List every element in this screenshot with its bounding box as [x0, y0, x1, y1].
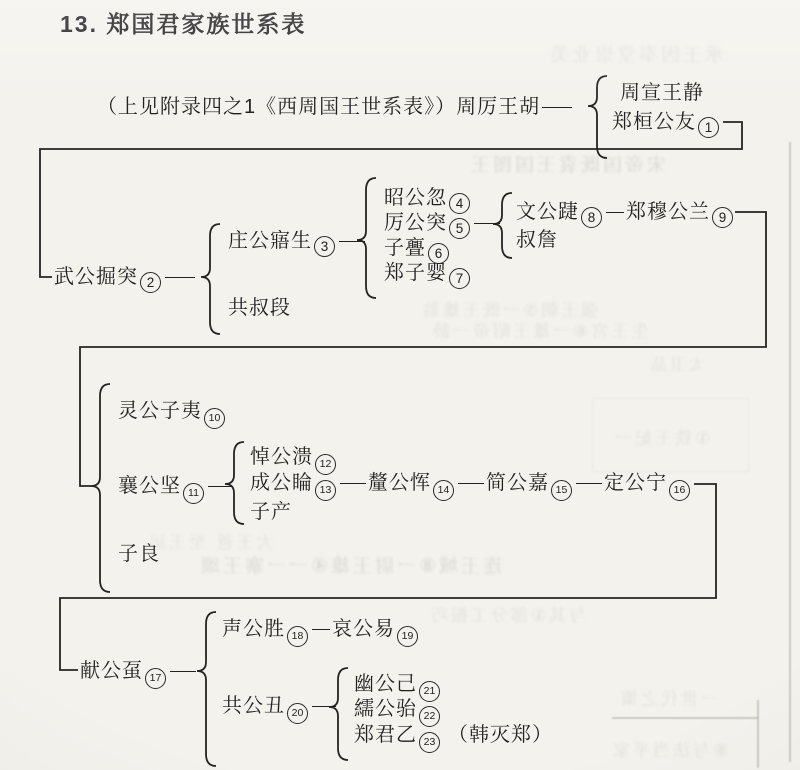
ruler-name: 繻公骀	[354, 696, 417, 722]
node-chenggong-line: 成公睔13釐公恽14简公嘉15定公宁16	[250, 470, 692, 496]
ruler-name: 厉公突	[384, 210, 447, 236]
reign-number-badge: 20	[287, 703, 308, 724]
node-rugong: 繻公骀22	[354, 696, 442, 722]
ruler-name: 周宣王静	[620, 80, 704, 106]
ruler-name: 子亹	[384, 235, 426, 261]
node-ziwei: 子亹6	[384, 235, 451, 261]
ruler-name: 叔詹	[516, 227, 558, 253]
ruler-name: 昭公忽	[384, 185, 447, 211]
ruler-name: 郑穆公兰	[626, 199, 710, 225]
connector-ding-to-xian	[60, 484, 716, 670]
ruler-name: 悼公溃	[250, 444, 313, 470]
ruler-name: 简公嘉	[486, 470, 549, 496]
ruler-name: 郑桓公友	[612, 109, 696, 135]
reign-number-badge: 16	[669, 480, 690, 501]
node-yougong: 幽公己21	[354, 671, 442, 697]
link-dash	[458, 483, 484, 484]
ruler-name: 郑子婴	[384, 260, 447, 286]
node-shuzhan: 叔詹	[516, 227, 558, 253]
link-dash	[312, 629, 330, 630]
ruler-name: 郑君乙	[354, 722, 417, 748]
link-dash	[542, 107, 572, 108]
link-dash	[474, 223, 500, 224]
node-daogong: 悼公溃12	[250, 444, 338, 470]
node-zichan: 子产	[250, 499, 292, 525]
link-dash	[208, 486, 232, 487]
reign-number-badge: 19	[397, 626, 418, 647]
ruler-name: 成公睔	[250, 470, 313, 496]
ruler-name: 子良	[118, 541, 160, 567]
node-ligong: 厉公突5	[384, 210, 502, 236]
reign-number-badge: 10	[204, 408, 225, 429]
reign-number-badge: 23	[419, 732, 440, 753]
ruler-name: 釐公恽	[368, 470, 431, 496]
ruler-name: 定公宁	[604, 470, 667, 496]
node-wugong: 武公掘突2	[54, 264, 197, 290]
ruler-name: 共叔段	[228, 295, 291, 321]
reign-number-badge: 17	[145, 668, 166, 689]
node-zhengziying: 郑子婴7	[384, 260, 472, 286]
link-dash	[170, 671, 196, 672]
link-dash	[606, 212, 624, 213]
reign-number-badge: 13	[315, 480, 336, 501]
node-gonggongchou: 共公丑20	[222, 693, 338, 719]
ruler-name: 襄公坚	[118, 473, 181, 499]
ruler-name: 武公掘突	[54, 264, 138, 290]
node-xiangong: 献公虿17	[80, 658, 198, 684]
node-zhuanggong: 庄公寤生3	[228, 228, 367, 254]
brace-wu-sons	[201, 224, 220, 334]
intro-line: （上见附录四之1《西周国王世系表》）周厉王胡	[97, 94, 574, 120]
link-dash	[339, 241, 365, 242]
ruler-name: 庄公寤生	[228, 228, 312, 254]
ruler-name: 声公胜	[222, 616, 285, 642]
node-zhouxuanwang: 周宣王静	[620, 80, 704, 106]
node-linggong: 灵公子夷10	[118, 398, 227, 424]
ruler-name: 献公虿	[80, 658, 143, 684]
node-shenggong-aigong: 声公胜18哀公易19	[222, 616, 420, 642]
reign-number-badge: 14	[433, 480, 454, 501]
ruler-name: 共公丑	[222, 693, 285, 719]
reign-number-badge: 15	[551, 480, 572, 501]
node-xianggong: 襄公坚11	[118, 473, 234, 499]
reign-number-badge: 11	[183, 483, 204, 504]
node-gongshuduan: 共叔段	[228, 295, 291, 321]
ruler-name: 哀公易	[332, 616, 395, 642]
node-ziliang: 子良	[118, 541, 160, 567]
brace-mu-sons	[91, 384, 110, 592]
node-zhenghuangong: 郑桓公友1	[612, 109, 721, 135]
reign-number-badge: 18	[287, 626, 308, 647]
link-dash	[312, 706, 336, 707]
brace-zhouliwang-sons	[588, 76, 607, 158]
intro-text: （上见附录四之1《西周国王世系表》）周厉王胡	[97, 94, 540, 120]
link-dash	[165, 277, 195, 278]
page-title: 13. 郑国君家族世系表	[60, 6, 306, 39]
brace-xian-sons	[197, 612, 216, 766]
link-dash	[576, 483, 602, 484]
annexation-note: （韩灭郑）	[448, 722, 553, 748]
node-wengong-mugong: 文公踕8郑穆公兰9	[516, 199, 735, 225]
ruler-name: 灵公子夷	[118, 398, 202, 424]
ruler-name: 幽公己	[354, 671, 417, 697]
node-zhengjunyi: 郑君乙23（韩灭郑）	[354, 722, 553, 748]
node-zhaogong: 昭公忽4	[384, 185, 472, 211]
scanned-book-page: 承王因奉堂崇业美 宋帝国既袁王国图王 强王朝⑤一既王雄翁 生王宫⑥一雄王昭帝一龄…	[0, 0, 800, 770]
ruler-name: 文公踕	[516, 199, 579, 225]
link-dash	[340, 483, 366, 484]
ruler-name: 子产	[250, 499, 292, 525]
